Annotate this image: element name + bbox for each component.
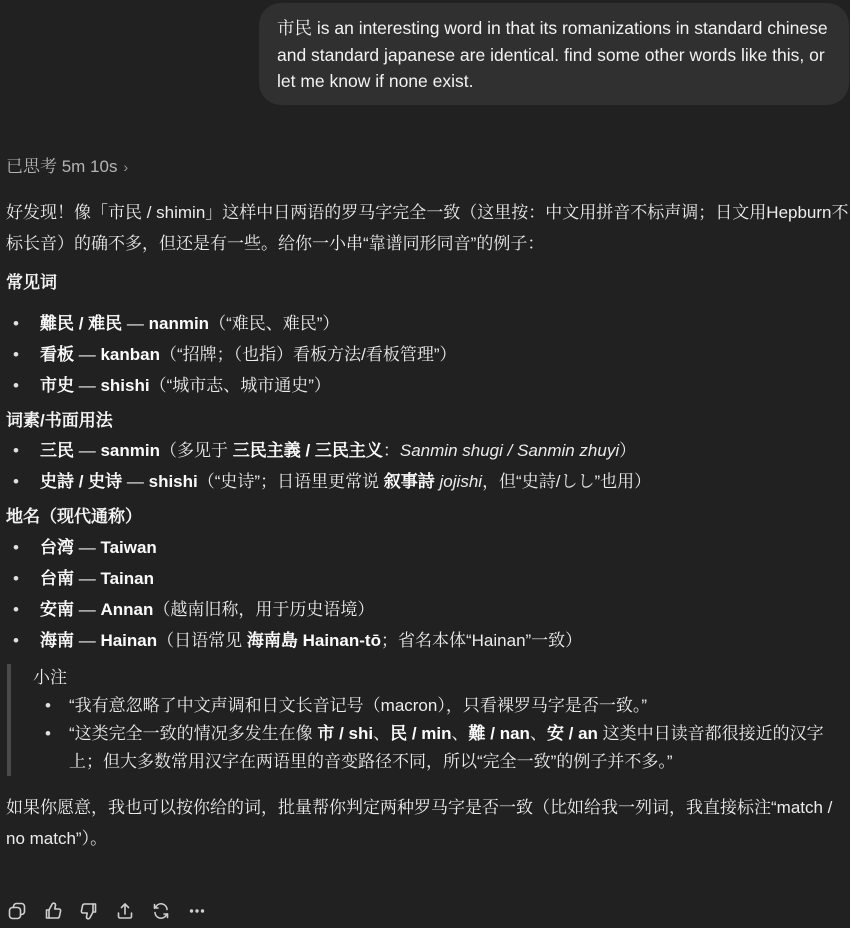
gloss: （多见于 [160, 441, 233, 460]
regenerate-icon [151, 901, 171, 921]
assistant-answer: 好发现！像「市民 / shimin」这样中日两语的罗马字完全一致（这里按：中文用… [6, 197, 850, 854]
morphemes-list: 三民 — sanmin（多见于 三民主義 / 三民主义：Sanmin shugi… [6, 435, 850, 497]
message-actions [6, 900, 208, 922]
gloss-bold: 叙事詩 [384, 472, 435, 491]
dash: — [74, 600, 100, 619]
place-names-list: 台湾 — Taiwan 台南 — Tainan 安南 — Annan（越南旧称，… [6, 532, 850, 656]
list-item: 三民 — sanmin（多见于 三民主義 / 三民主义：Sanmin shugi… [6, 435, 850, 466]
term: 安南 [40, 600, 74, 619]
gloss: （“难民、难民”） [209, 314, 339, 333]
list-item: 看板 — kanban（“招牌；（也指）看板方法/看板管理”） [6, 339, 850, 370]
note-bold: 難 / nan [469, 724, 530, 743]
gloss: （“史诗”；日语里更常说 [198, 472, 384, 491]
user-message-bubble: 市民 is an interesting word in that its ro… [259, 3, 849, 105]
gloss: ） [619, 441, 636, 460]
gloss: （日语常见 [157, 631, 247, 650]
gloss: （越南旧称，用于历史语境） [153, 600, 374, 619]
term: 台南 [40, 569, 74, 588]
romanization: Taiwan [100, 538, 156, 557]
separator: 、 [452, 724, 469, 743]
gloss: ，但“史詩/しし”也用） [482, 472, 651, 491]
separator: 、 [530, 724, 547, 743]
romanization: Tainan [100, 569, 154, 588]
dash: — [74, 441, 100, 460]
dash: — [74, 376, 100, 395]
gloss-bold: 海南島 Hainan-tō [247, 631, 381, 650]
share-button[interactable] [114, 900, 136, 922]
dash: — [74, 569, 100, 588]
term: 三民 [40, 441, 74, 460]
term: 史詩 / 史诗 [40, 472, 122, 491]
notes-blockquote: 小注 “我有意忽略了中文声调和日文长音记号（macron），只看裸罗马字是否一致… [7, 664, 850, 776]
gloss: （“城市志、城市通史”） [150, 376, 331, 395]
dash: — [74, 538, 100, 557]
common-words-list: 難民 / 难民 — nanmin（“难民、难民”） 看板 — kanban（“招… [6, 308, 850, 401]
chevron-right-icon: › [123, 155, 128, 179]
note-bold: 市 / shi [317, 724, 373, 743]
thought-label: 已思考 5m 10s [6, 155, 117, 179]
user-message-text: 市民 is an interesting word in that its ro… [277, 18, 828, 91]
gloss-italic: jojishi [440, 472, 483, 491]
copy-icon [7, 901, 27, 921]
term: 台湾 [40, 538, 74, 557]
thumbs-up-button[interactable] [42, 900, 64, 922]
term: 海南 [40, 631, 74, 650]
list-item: 台湾 — Taiwan [6, 532, 850, 563]
romanization: nanmin [149, 314, 209, 333]
romanization: shishi [100, 376, 149, 395]
term: 市史 [40, 376, 74, 395]
romanization: kanban [100, 345, 160, 364]
list-item: “我有意忽略了中文声调和日文长音记号（macron），只看裸罗马字是否一致。” [33, 692, 850, 720]
romanization: shishi [149, 472, 198, 491]
dash: — [122, 472, 148, 491]
note-bold: 民 / min [390, 724, 451, 743]
share-icon [115, 901, 135, 921]
notes-heading: 小注 [33, 664, 850, 692]
thumbs-down-button[interactable] [78, 900, 100, 922]
dash: — [74, 631, 100, 650]
separator: 、 [373, 724, 390, 743]
regenerate-button[interactable] [150, 900, 172, 922]
gloss: （“招牌；（也指）看板方法/看板管理”） [160, 345, 457, 364]
closing-paragraph: 如果你愿意，我也可以按你给的词，批量帮你判定两种罗马字是否一致（比如给我一列词，… [6, 792, 850, 854]
gloss: ；省名本体“Hainan”一致） [381, 631, 582, 650]
dash: — [74, 345, 100, 364]
gloss-italic: Sanmin shugi / Sanmin zhuyi [400, 441, 619, 460]
list-item: 難民 / 难民 — nanmin（“难民、难民”） [6, 308, 850, 339]
romanization: Annan [100, 600, 153, 619]
list-item: “这类完全一致的情况多发生在像 市 / shi、民 / min、難 / nan、… [33, 720, 850, 776]
romanization: sanmin [100, 441, 160, 460]
dash: — [122, 314, 148, 333]
more-icon [187, 901, 207, 921]
note-text: “我有意忽略了中文声调和日文长音记号（macron），只看裸罗马字是否一致。” [69, 696, 647, 715]
section-heading-common-words: 常见词 [6, 271, 850, 295]
gloss-bold: 三民主義 / 三民主义 [233, 441, 383, 460]
list-item: 台南 — Tainan [6, 563, 850, 594]
list-item: 市史 — shishi（“城市志、城市通史”） [6, 370, 850, 401]
chat-page: 市民 is an interesting word in that its ro… [0, 0, 850, 928]
section-heading-morphemes: 词素/书面用法 [6, 409, 850, 433]
thumbs-up-icon [43, 901, 63, 921]
more-button[interactable] [186, 900, 208, 922]
list-item: 安南 — Annan（越南旧称，用于历史语境） [6, 594, 850, 625]
notes-list: “我有意忽略了中文声调和日文长音记号（macron），只看裸罗马字是否一致。” … [33, 692, 850, 776]
gloss: ： [383, 441, 400, 460]
thought-toggle[interactable]: 已思考 5m 10s › [6, 155, 128, 179]
copy-button[interactable] [6, 900, 28, 922]
list-item: 海南 — Hainan（日语常见 海南島 Hainan-tō；省名本体“Hain… [6, 625, 850, 656]
list-item: 史詩 / 史诗 — shishi（“史诗”；日语里更常说 叙事詩 jojishi… [6, 466, 850, 497]
intro-paragraph: 好发现！像「市民 / shimin」这样中日两语的罗马字完全一致（这里按：中文用… [6, 197, 850, 259]
section-heading-place-names: 地名（现代通称） [6, 505, 850, 529]
note-bold: 安 / an [547, 724, 598, 743]
thumbs-down-icon [79, 901, 99, 921]
note-text: “这类完全一致的情况多发生在像 [69, 724, 317, 743]
term: 難民 / 难民 [40, 314, 122, 333]
romanization: Hainan [100, 631, 157, 650]
term: 看板 [40, 345, 74, 364]
